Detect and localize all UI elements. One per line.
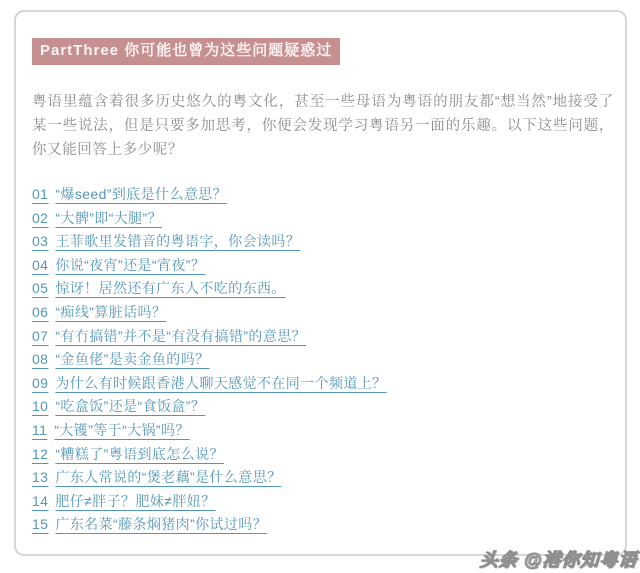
question-text: 王菲歌里发错音的粤语字，你会读吗？	[55, 233, 300, 249]
question-text: “糟糕了”粤语到底怎么说？	[55, 446, 224, 462]
question-link-12[interactable]: 12“糟糕了”粤语到底怎么说？	[32, 446, 224, 462]
question-item: 14肥仔≠胖子？肥妹≠胖妞？	[32, 490, 609, 514]
question-text: 广东人常说的“煲老藕”是什么意思？	[55, 469, 281, 485]
question-number: 11	[32, 422, 54, 438]
question-link-09[interactable]: 09为什么有时候跟香港人聊天感觉不在同一个频道上？	[32, 375, 387, 391]
question-text: 肥仔≠胖子？肥妹≠胖妞？	[55, 493, 215, 509]
question-text: “爆seed”到底是什么意思？	[55, 186, 227, 202]
intro-paragraph: 粤语里蕴含着很多历史悠久的粤文化，甚至一些母语为粤语的朋友都“想当然”地接受了某…	[32, 90, 614, 162]
question-number: 07	[32, 328, 55, 344]
question-text: “痴线”算脏话吗？	[55, 304, 166, 320]
question-text: 惊讶！居然还有广东人不吃的东西。	[55, 280, 285, 296]
question-link-05[interactable]: 05惊讶！居然还有广东人不吃的东西。	[32, 280, 286, 296]
question-number: 15	[32, 516, 55, 532]
question-item: 06“痴线”算脏话吗？	[32, 301, 609, 325]
question-link-01[interactable]: 01“爆seed”到底是什么意思？	[32, 186, 227, 202]
question-item: 09为什么有时候跟香港人聊天感觉不在同一个频道上？	[32, 372, 609, 396]
question-item: 04你说“夜宵”还是“宵夜”？	[32, 254, 609, 278]
question-text: “吃盒饭”还是“食饭盒”？	[55, 398, 205, 414]
question-link-08[interactable]: 08“金鱼佬”是卖金鱼的吗？	[32, 351, 210, 367]
question-number: 03	[32, 233, 55, 249]
question-number: 04	[32, 257, 55, 273]
question-number: 13	[32, 469, 55, 485]
question-item: 12“糟糕了”粤语到底怎么说？	[32, 443, 609, 467]
question-item: 02“大髀”即“大腿”？	[32, 207, 609, 231]
question-item: 10“吃盒饭”还是“食饭盒”？	[32, 395, 609, 419]
question-text: 广东名菜“藤条焖猪肉”你试过吗？	[55, 516, 267, 532]
question-link-15[interactable]: 15广东名菜“藤条焖猪肉”你试过吗？	[32, 516, 267, 532]
question-list: 01“爆seed”到底是什么意思？02“大髀”即“大腿”？03王菲歌里发错音的粤…	[32, 183, 609, 537]
question-link-13[interactable]: 13广东人常说的“煲老藕”是什么意思？	[32, 469, 282, 485]
question-number: 05	[32, 280, 55, 296]
question-link-04[interactable]: 04你说“夜宵”还是“宵夜”？	[32, 257, 205, 273]
question-link-14[interactable]: 14肥仔≠胖子？肥妹≠胖妞？	[32, 493, 216, 509]
question-item: 01“爆seed”到底是什么意思？	[32, 183, 609, 207]
question-number: 10	[32, 398, 55, 414]
question-link-03[interactable]: 03王菲歌里发错音的粤语字，你会读吗？	[32, 233, 300, 249]
question-item: 05惊讶！居然还有广东人不吃的东西。	[32, 277, 609, 301]
watermark: 头条 @港你知粤语	[480, 546, 639, 572]
question-item: 13广东人常说的“煲老藕”是什么意思？	[32, 466, 609, 490]
question-number: 08	[32, 351, 55, 367]
question-link-11[interactable]: 11“大镬”等于“大锅”吗？	[32, 422, 190, 438]
question-item: 03王菲歌里发错音的粤语字，你会读吗？	[32, 230, 609, 254]
question-text: “金鱼佬”是卖金鱼的吗？	[55, 351, 209, 367]
question-link-07[interactable]: 07“有冇搞错”并不是“有没有搞错”的意思？	[32, 328, 306, 344]
question-number: 01	[32, 186, 55, 202]
section-heading: PartThree 你可能也曾为这些问题疑惑过	[32, 38, 340, 65]
question-item: 11“大镬”等于“大锅”吗？	[32, 419, 609, 443]
article-page: PartThree 你可能也曾为这些问题疑惑过 粤语里蕴含着很多历史悠久的粤文化…	[0, 0, 640, 573]
question-link-06[interactable]: 06“痴线”算脏话吗？	[32, 304, 166, 320]
question-text: 为什么有时候跟香港人聊天感觉不在同一个频道上？	[55, 375, 386, 391]
question-number: 12	[32, 446, 55, 462]
question-number: 09	[32, 375, 55, 391]
question-number: 06	[32, 304, 55, 320]
question-text: “大髀”即“大腿”？	[55, 210, 162, 226]
question-text: “大镬”等于“大锅”吗？	[54, 422, 189, 438]
question-item: 15广东名菜“藤条焖猪肉”你试过吗？	[32, 513, 609, 537]
question-item: 08“金鱼佬”是卖金鱼的吗？	[32, 348, 609, 372]
question-link-10[interactable]: 10“吃盒饭”还是“食饭盒”？	[32, 398, 205, 414]
question-number: 02	[32, 210, 55, 226]
question-item: 07“有冇搞错”并不是“有没有搞错”的意思？	[32, 325, 609, 349]
question-number: 14	[32, 493, 55, 509]
question-text: 你说“夜宵”还是“宵夜”？	[55, 257, 205, 273]
question-link-02[interactable]: 02“大髀”即“大腿”？	[32, 210, 162, 226]
question-text: “有冇搞错”并不是“有没有搞错”的意思？	[55, 328, 306, 344]
article-card: PartThree 你可能也曾为这些问题疑惑过 粤语里蕴含着很多历史悠久的粤文化…	[14, 10, 627, 556]
